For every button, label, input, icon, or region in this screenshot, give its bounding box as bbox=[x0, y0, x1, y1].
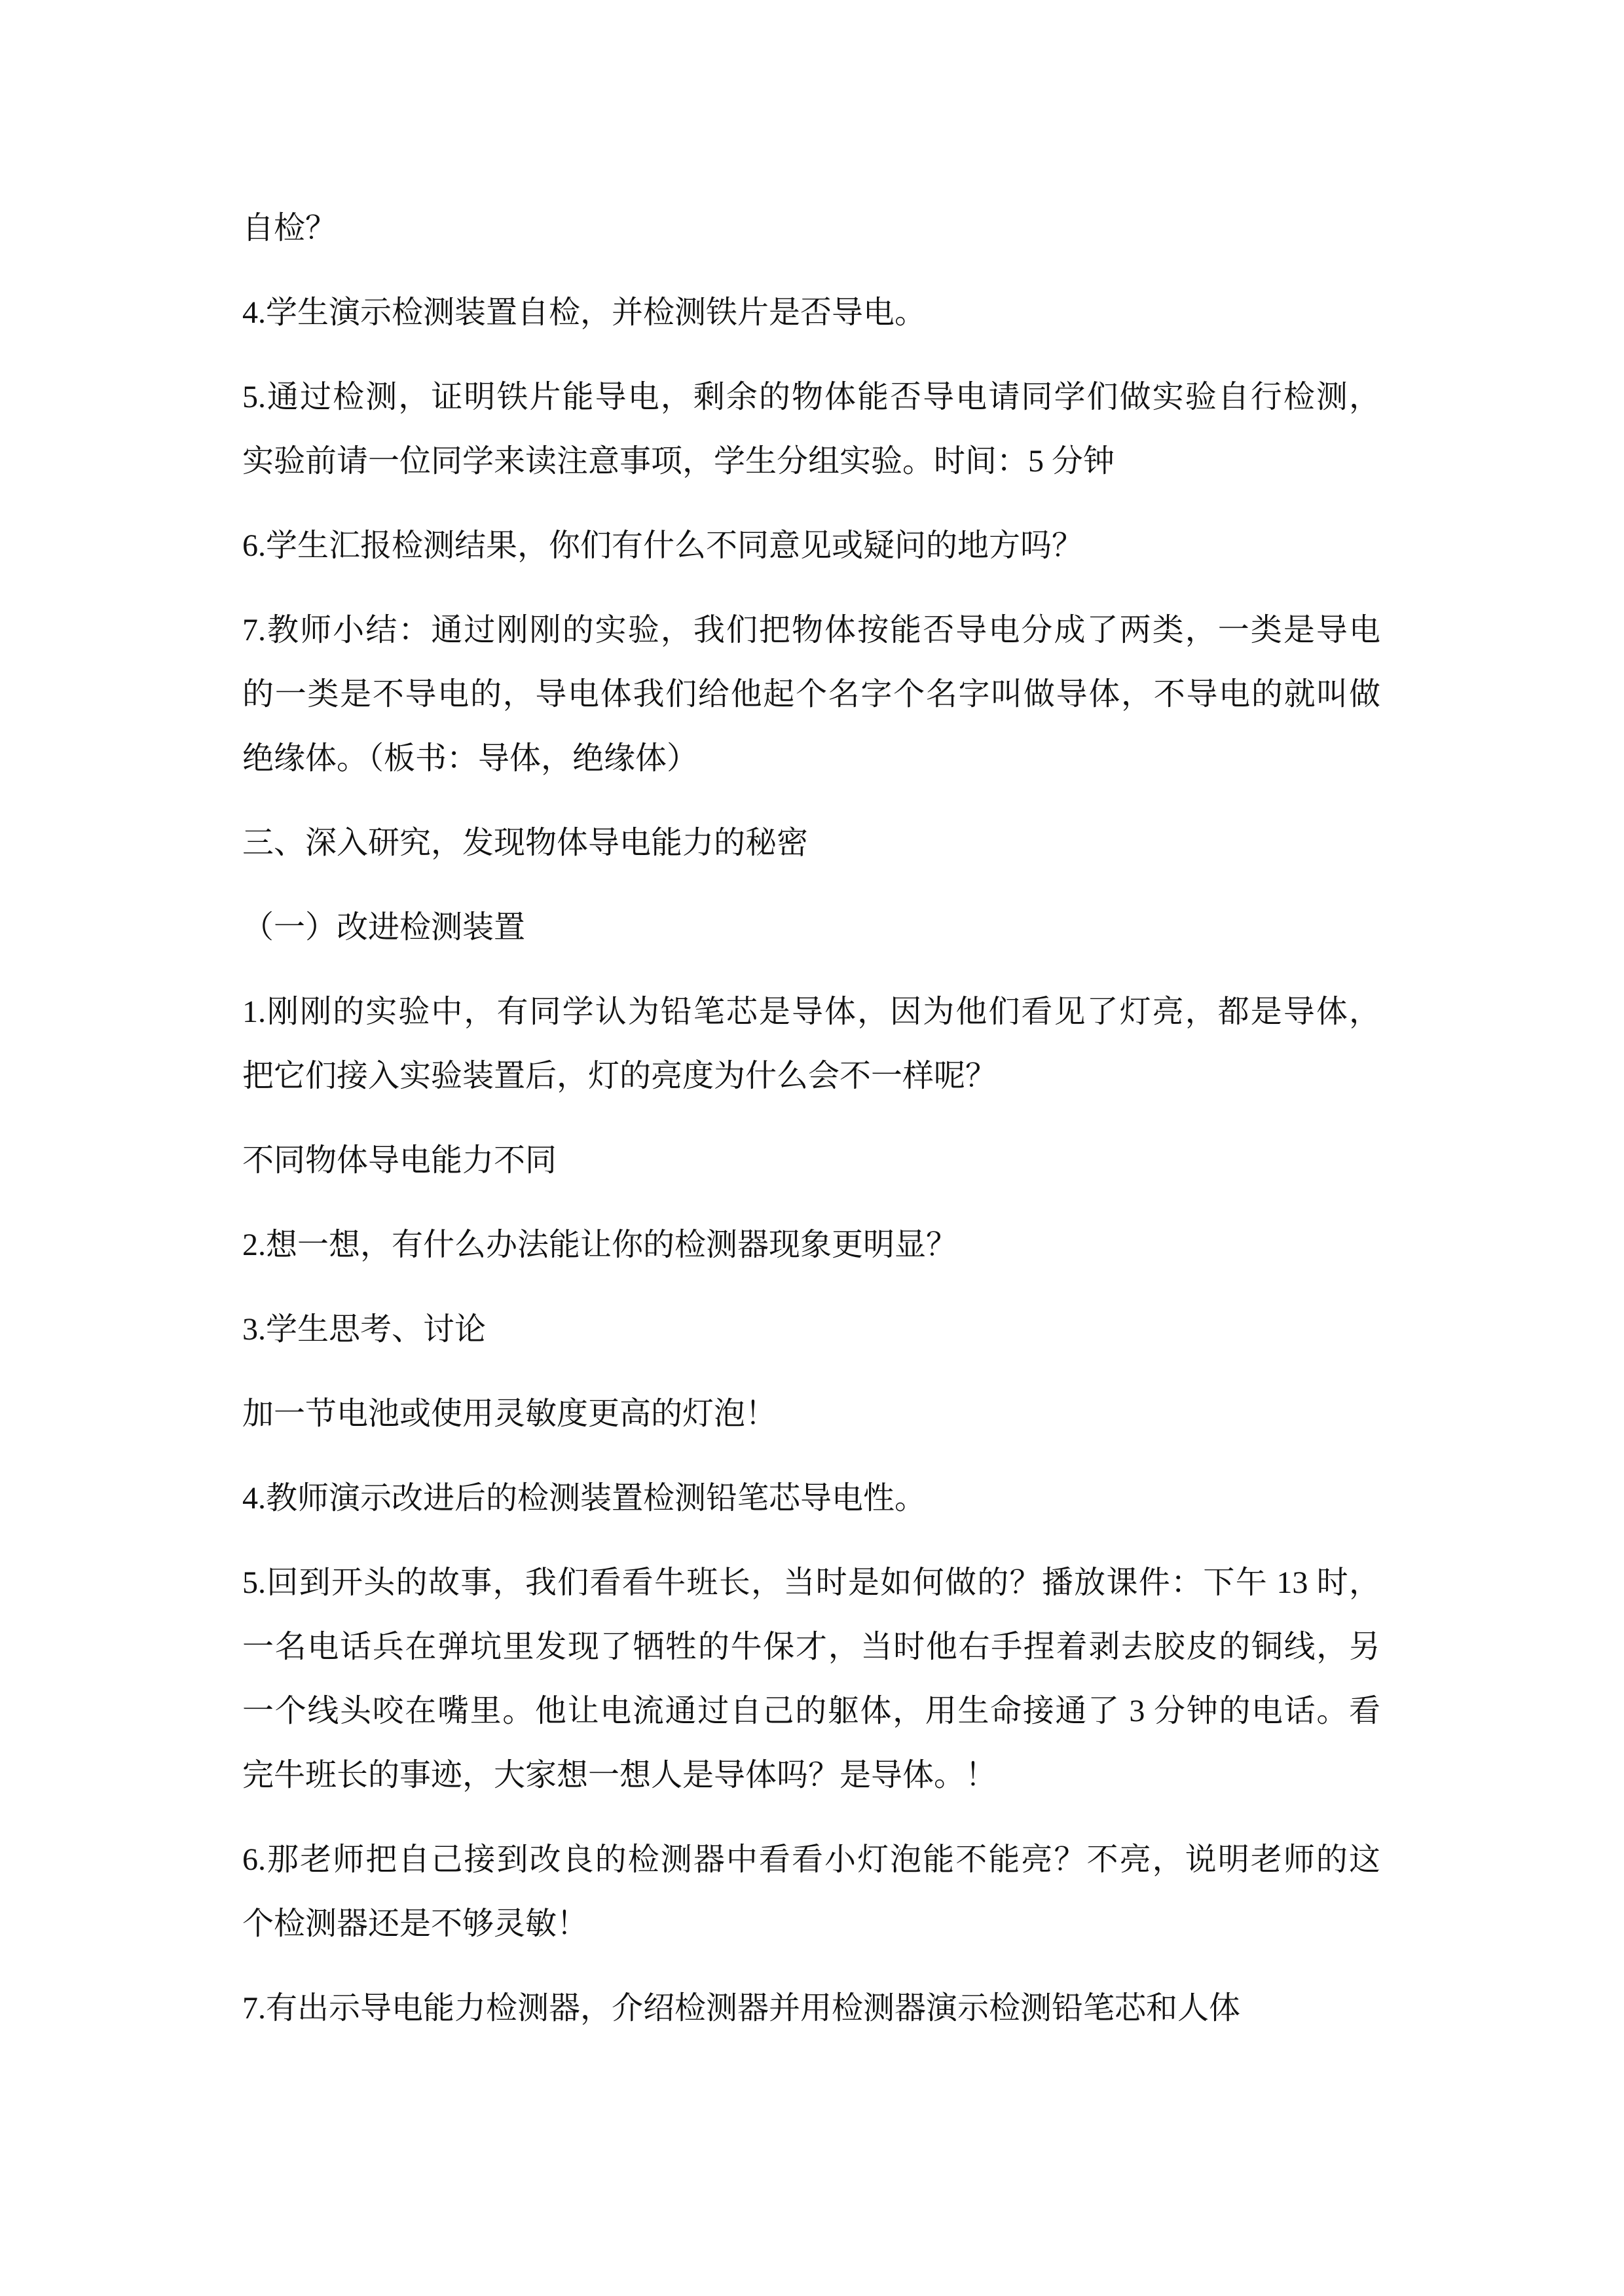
text-line: 自检？ bbox=[242, 212, 1380, 245]
text-line: 一个线头咬在嘴里。他让电流通过自己的躯体，用生命接通了 3 分钟的电话。看 bbox=[242, 1695, 1380, 1728]
text-line: 实验前请一位同学来读注意事项，学生分组实验。时间：5 分钟 bbox=[242, 445, 1380, 478]
text-line: 3.学生思考、讨论 bbox=[242, 1313, 1380, 1346]
text-line: 7.有出示导电能力检测器，介绍检测器并用检测器演示检测铅笔芯和人体 bbox=[242, 1992, 1380, 2025]
text-line: 个检测器还是不够灵敏！ bbox=[242, 1908, 1380, 1941]
text-line: 1.刚刚的实验中，有同学认为铅笔芯是导体，因为他们看见了灯亮，都是导体， bbox=[242, 996, 1380, 1029]
document-page: 自检？ 4.学生演示检测装置自检，并检测铁片是否导电。 5.通过检测，证明铁片能… bbox=[0, 0, 1624, 2296]
text-line: 4.学生演示检测装置自检，并检测铁片是否导电。 bbox=[242, 297, 1380, 329]
text-line: 2.想一想，有什么办法能让你的检测器现象更明显？ bbox=[242, 1229, 1380, 1262]
text-line: 加一节电池或使用灵敏度更高的灯泡！ bbox=[242, 1398, 1380, 1430]
text-line: 不同物体导电能力不同 bbox=[242, 1144, 1380, 1177]
text-line: （一）改进检测装置 bbox=[242, 911, 1380, 944]
text-line: 完牛班长的事迹，大家想一想人是导体吗？是导体。！ bbox=[242, 1759, 1380, 1792]
text-line: 三、深入研究，发现物体导电能力的秘密 bbox=[242, 827, 1380, 860]
text-column: 自检？ 4.学生演示检测装置自检，并检测铁片是否导电。 5.通过检测，证明铁片能… bbox=[242, 212, 1380, 2025]
text-line: 6.那老师把自己接到改良的检测器中看看小灯泡能不能亮？不亮，说明老师的这 bbox=[242, 1844, 1380, 1876]
text-line: 把它们接入实验装置后，灯的亮度为什么会不一样呢？ bbox=[242, 1060, 1380, 1093]
text-line: 绝缘体。（板书：导体，绝缘体） bbox=[242, 742, 1380, 775]
text-line: 一名电话兵在弹坑里发现了牺牲的牛保才，当时他右手捏着剥去胶皮的铜线，另 bbox=[242, 1631, 1380, 1664]
text-line: 5.通过检测，证明铁片能导电，剩余的物体能否导电请同学们做实验自行检测， bbox=[242, 381, 1380, 414]
text-line: 7.教师小结：通过刚刚的实验，我们把物体按能否导电分成了两类，一类是导电 bbox=[242, 614, 1380, 647]
text-line: 6.学生汇报检测结果，你们有什么不同意见或疑问的地方吗？ bbox=[242, 530, 1380, 562]
text-line: 的一类是不导电的，导电体我们给他起个名字个名字叫做导体，不导电的就叫做 bbox=[242, 678, 1380, 711]
text-line: 4.教师演示改进后的检测装置检测铅笔芯导电性。 bbox=[242, 1482, 1380, 1515]
text-line: 5.回到开头的故事，我们看看牛班长，当时是如何做的？播放课件：下午 13 时， bbox=[242, 1567, 1380, 1599]
